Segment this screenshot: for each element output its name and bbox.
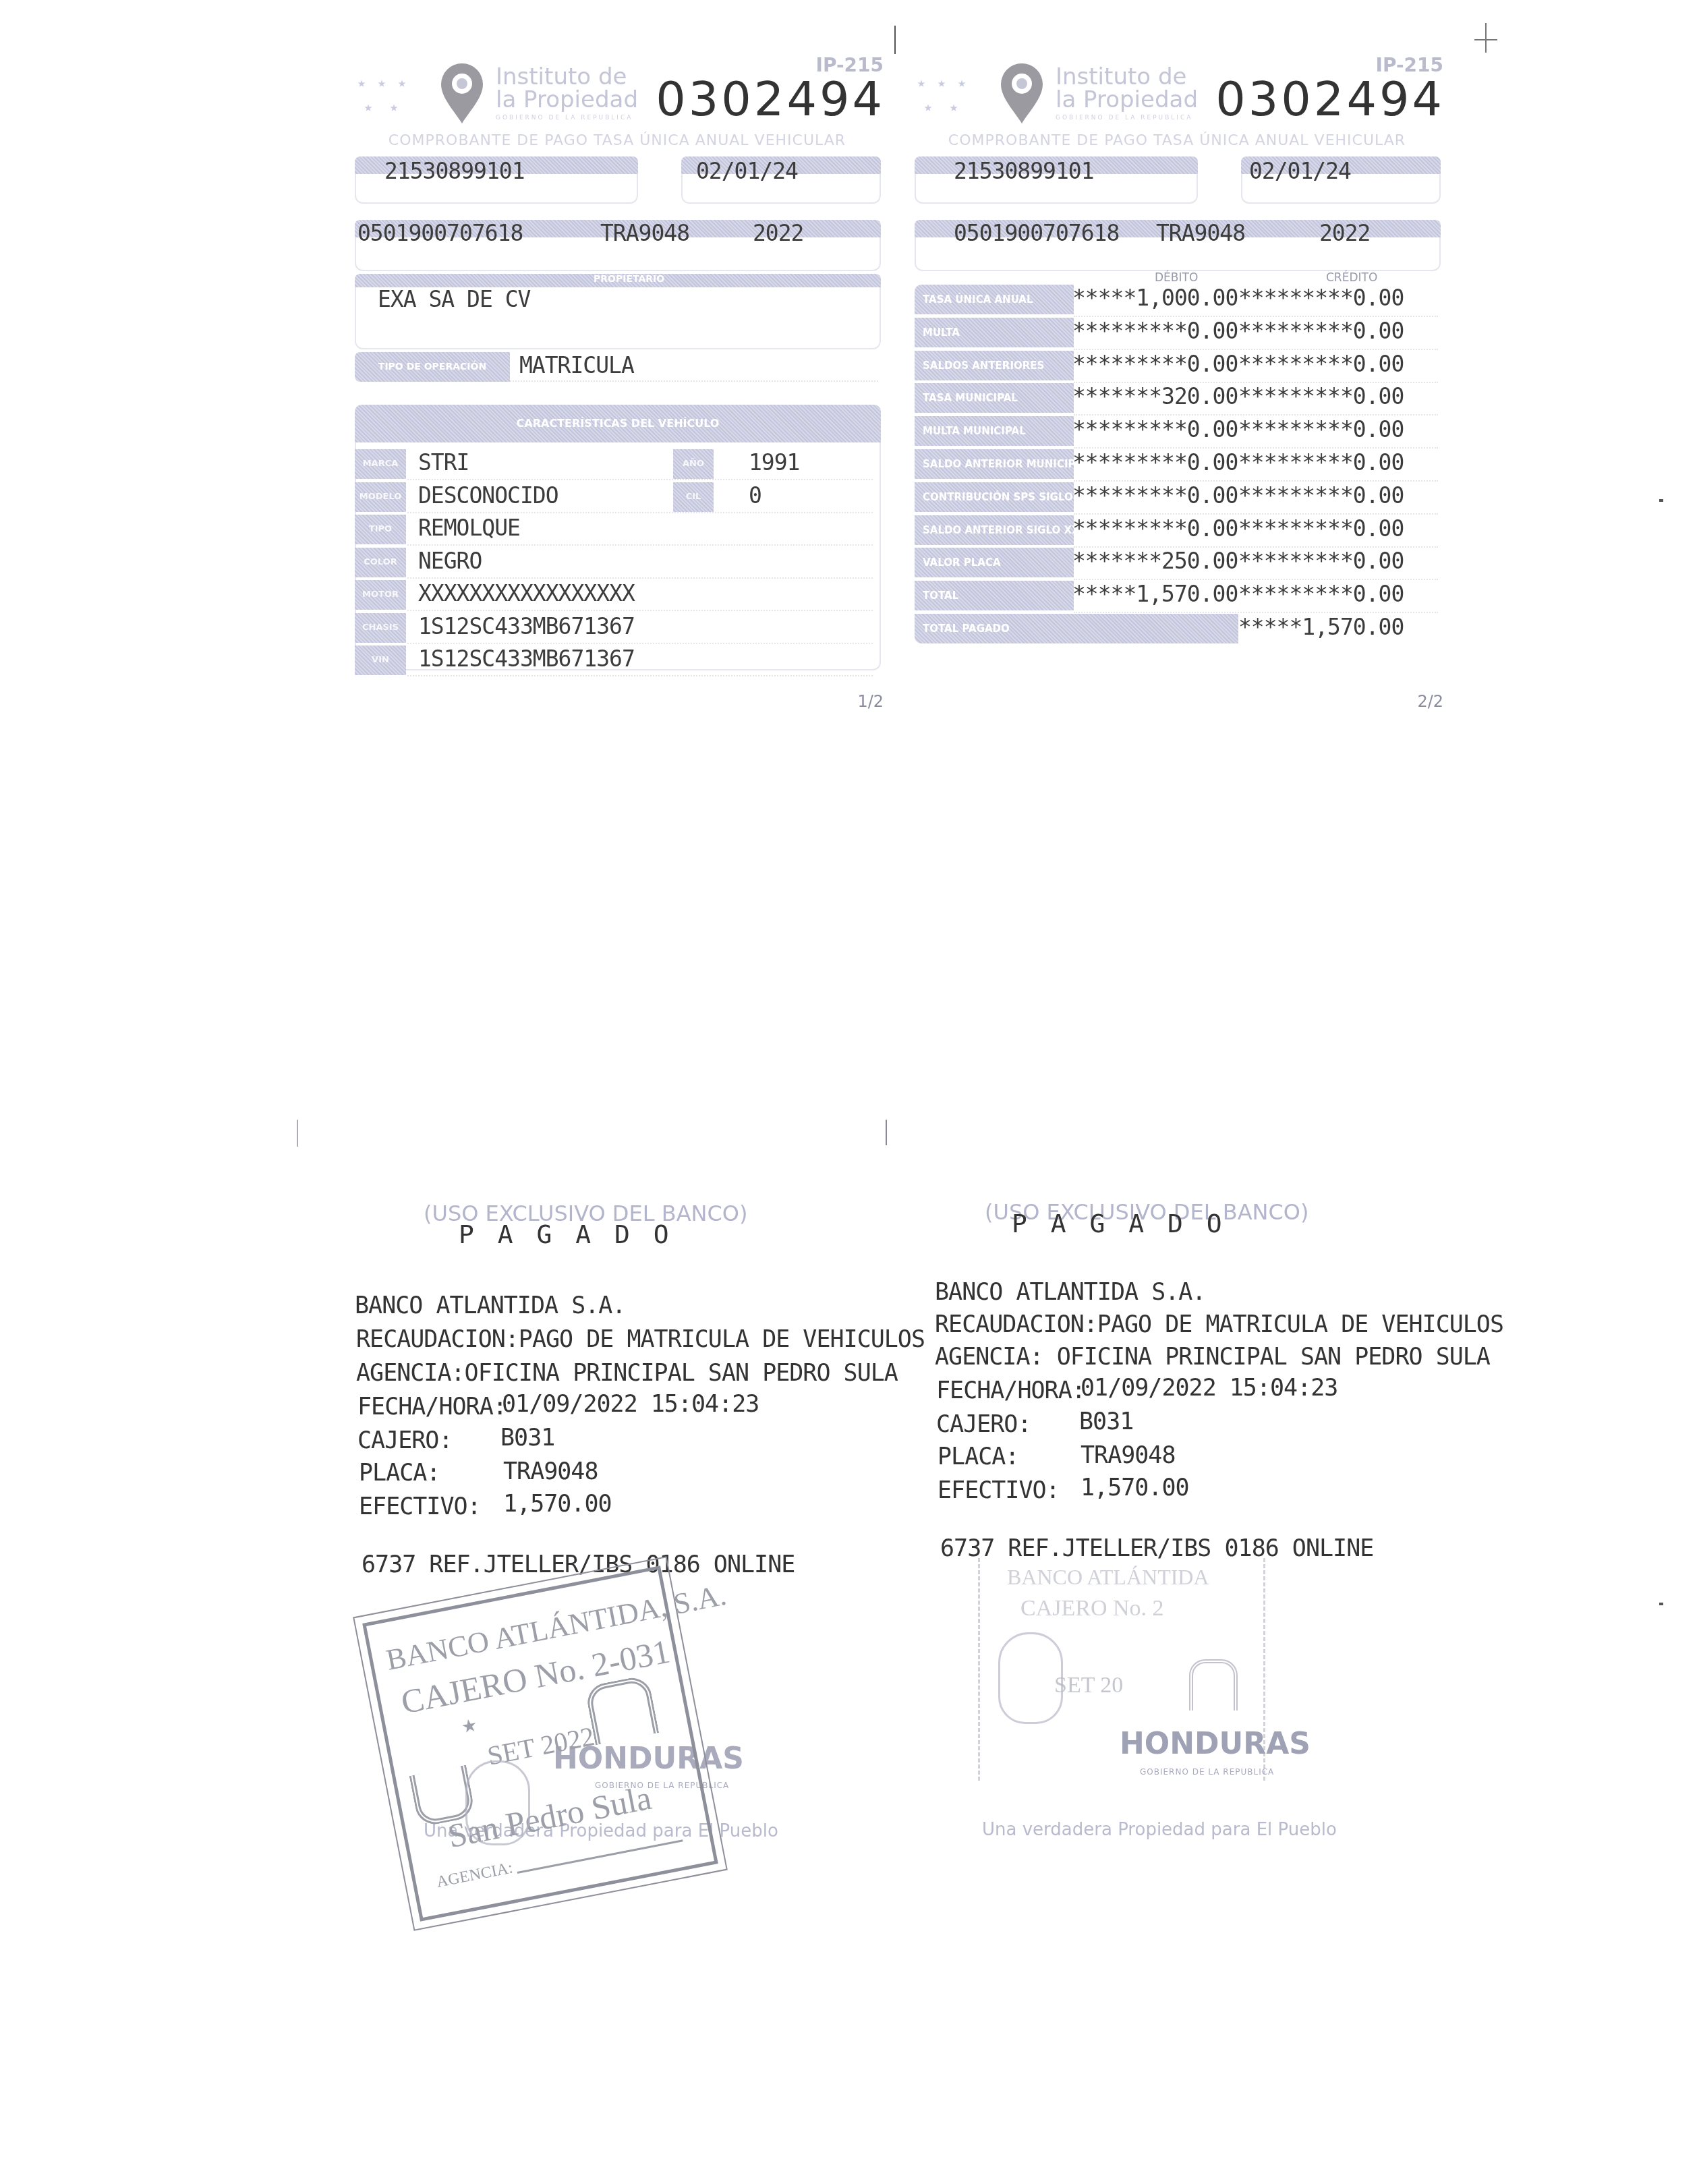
vehicle-field-value: 0 <box>749 482 761 509</box>
bank-receipt-1: (USO EXCLUSIVO DEL BANCO) P A G A D O BA… <box>351 1194 863 1936</box>
fee-label: MULTA MUNICIPAL <box>915 416 1074 446</box>
fee-debit: *********0.00 <box>1072 482 1233 509</box>
page-indicator: 1/2 <box>857 692 884 711</box>
vehicle-field-label: MARCA <box>355 449 406 479</box>
bank-name: BANCO ATLANTIDA S.A. <box>355 1292 625 1319</box>
vehicle-field-label: CIL <box>673 482 714 512</box>
fee-credit: *********0.00 <box>1238 515 1399 542</box>
fee-label: SALDO ANTERIOR MUNICIPAL <box>915 449 1074 479</box>
collection-type: RECAUDACION:PAGO DE MATRICULA DE VEHICUL… <box>356 1326 925 1353</box>
plate: TRA9048 <box>1081 1442 1176 1469</box>
fee-credit: *********0.00 <box>1238 416 1399 442</box>
coat-of-arms-icon <box>998 1632 1063 1724</box>
date-time: 01/09/2022 15:04:23 <box>502 1391 759 1418</box>
crop-mark <box>1659 1603 1663 1605</box>
fee-debit: *******320.00 <box>1072 383 1233 409</box>
vehicle-field-label: AÑO <box>673 449 714 479</box>
credit-header: CRÉDITO <box>1326 271 1377 285</box>
coat-of-arms-icon <box>465 1760 530 1845</box>
plate-label: PLACA: <box>938 1443 1018 1470</box>
collection-type: RECAUDACION:PAGO DE MATRICULA DE VEHICUL… <box>935 1311 1503 1338</box>
cash-amount: 1,570.00 <box>503 1491 612 1518</box>
fee-debit: *********0.00 <box>1072 515 1233 542</box>
stamp-bank: BANCO ATLÁNTIDA <box>1007 1565 1209 1590</box>
vehicle-field-label: MODELO <box>355 482 406 512</box>
row-divider <box>407 544 873 546</box>
account-number: 21530899101 <box>954 158 1094 184</box>
total-paid-amount: *****1,570.00 <box>1238 614 1399 640</box>
owner-label: PROPIETARIO <box>594 274 664 285</box>
date-time-label: FECHA/HORA: <box>357 1393 507 1420</box>
fee-debit: *********0.00 <box>1072 318 1233 344</box>
document-title: COMPROBANTE DE PAGO TASA ÚNICA ANUAL VEH… <box>351 132 884 149</box>
page-indicator: 2/2 <box>1417 692 1443 711</box>
vehicle-field-value: DESCONOCIDO <box>418 482 558 509</box>
crop-mark <box>886 1120 887 1145</box>
row-divider <box>407 512 873 513</box>
stars-icon: ★★ <box>364 98 415 116</box>
stars-icon: ★★★ <box>917 74 978 92</box>
fee-credit: *********0.00 <box>1238 581 1399 607</box>
row-divider <box>1074 480 1438 482</box>
operation-type: MATRICULA <box>519 352 634 378</box>
owner-name: EXA SA DE CV <box>378 286 530 312</box>
date-time-label: FECHA/HORA: <box>936 1377 1085 1404</box>
vehicle-field-value: XXXXXXXXXXXXXXXXX <box>418 580 635 606</box>
crop-mark <box>297 1120 298 1147</box>
receipt-page-2: ★★★ ★★ Instituto de la Propiedad GOBIERN… <box>911 47 1443 715</box>
fee-debit: *********0.00 <box>1072 449 1233 476</box>
fee-credit: *********0.00 <box>1238 351 1399 377</box>
receipt-number: 0302494 <box>1215 71 1445 127</box>
agency: AGENCIA:OFICINA PRINCIPAL SAN PEDRO SULA <box>356 1360 898 1387</box>
vehicle-field-label: COLOR <box>355 548 406 577</box>
transaction-reference: 6737 REF.JTELLER/IBS 0186 ONLINE <box>362 1551 795 1578</box>
fee-credit: *********0.00 <box>1238 318 1399 344</box>
payment-status: P A G A D O <box>1012 1209 1226 1238</box>
vehicle-field-value: STRI <box>418 449 469 476</box>
operation-label: TIPO DE OPERACIÓN <box>355 352 510 382</box>
bank-logo-icon <box>1189 1659 1238 1711</box>
stamp-signature-line <box>517 1839 683 1874</box>
location-pin-icon <box>438 61 486 125</box>
institution-subtitle: GOBIERNO DE LA REPUBLICA <box>496 115 633 121</box>
crop-mark <box>894 26 896 54</box>
row-divider <box>1074 349 1438 350</box>
vehicle-field-value: 1S12SC433MB671367 <box>418 645 635 672</box>
institution-logo: ★★★ ★★ Instituto de la Propiedad GOBIERN… <box>911 54 1214 135</box>
cashier-label: CAJERO: <box>357 1427 453 1454</box>
fee-debit: *****1,000.00 <box>1072 285 1233 311</box>
vehicle-field-label: CHASIS <box>355 613 406 643</box>
crop-mark <box>1659 499 1663 502</box>
stars-icon: ★★★ <box>357 74 418 92</box>
row-divider <box>1074 447 1438 449</box>
plate: TRA9048 <box>503 1458 598 1485</box>
crop-mark <box>1474 39 1497 40</box>
cashier: B031 <box>500 1425 554 1452</box>
issue-date: 02/01/24 <box>1249 158 1351 184</box>
fee-credit: *********0.00 <box>1238 383 1399 409</box>
id-number: 0501900707618 <box>357 220 523 246</box>
fee-label: MULTA <box>915 318 1074 347</box>
vehicle-field-label: TIPO <box>355 515 406 544</box>
cash-label: EFECTIVO: <box>938 1477 1060 1504</box>
vehicle-field-value: 1S12SC433MB671367 <box>418 613 635 639</box>
bank-name: BANCO ATLANTIDA S.A. <box>935 1279 1205 1306</box>
receipt-number: 0302494 <box>656 71 885 127</box>
issue-date: 02/01/24 <box>696 158 798 184</box>
cash-label: EFECTIVO: <box>359 1493 481 1520</box>
fee-label: TASA MUNICIPAL <box>915 383 1074 413</box>
agency: AGENCIA: OFICINA PRINCIPAL SAN PEDRO SUL… <box>935 1344 1490 1371</box>
vehicle-field-value: REMOLQUE <box>418 515 520 541</box>
row-divider <box>1074 612 1438 613</box>
fee-credit: *********0.00 <box>1238 449 1399 476</box>
row-divider <box>407 577 873 579</box>
institution-name-line2: la Propiedad <box>496 86 638 113</box>
account-number: 21530899101 <box>384 158 525 184</box>
institution-logo: ★★★ ★★ Instituto de la Propiedad GOBIERN… <box>351 54 654 135</box>
plate-number: TRA9048 <box>600 220 689 246</box>
row-divider <box>1074 414 1438 415</box>
total-paid-label: TOTAL PAGADO <box>915 614 1238 643</box>
id-number: 0501900707618 <box>954 220 1119 246</box>
stars-icon: ★★ <box>924 98 975 116</box>
fee-label: TASA ÚNICA ANUAL <box>915 285 1074 314</box>
fee-label: TOTAL <box>915 581 1074 610</box>
fee-label: VALOR PLACA <box>915 548 1074 577</box>
slogan: Una verdadera Propiedad para El Pueblo <box>982 1820 1337 1840</box>
vehicle-year: 2022 <box>1319 220 1370 246</box>
institution-subtitle: GOBIERNO DE LA REPUBLICA <box>1056 115 1192 121</box>
bank-logo-icon <box>584 1675 659 1746</box>
vehicle-year: 2022 <box>753 220 803 246</box>
date-time: 01/09/2022 15:04:23 <box>1081 1375 1337 1402</box>
fee-label: SALDOS ANTERIORES <box>915 351 1074 380</box>
fee-debit: *****1,570.00 <box>1072 581 1233 607</box>
institution-name-line2: la Propiedad <box>1056 86 1198 113</box>
row-divider <box>407 479 873 480</box>
fee-debit: *********0.00 <box>1072 416 1233 442</box>
crop-mark <box>1485 23 1487 53</box>
fee-credit: *********0.00 <box>1238 482 1399 509</box>
fee-label: CONTRIBUCIÓN SPS SIGLO XXI <box>915 482 1074 512</box>
government-label: GOBIERNO DE LA REPUBLICA <box>1140 1767 1274 1777</box>
cash-amount: 1,570.00 <box>1081 1474 1189 1501</box>
stamp-agency: AGENCIA: <box>435 1859 515 1891</box>
row-divider <box>1074 579 1438 580</box>
row-divider <box>1074 316 1438 317</box>
row-divider <box>407 610 873 611</box>
debit-header: DÉBITO <box>1155 271 1198 285</box>
star-icon: ★ <box>460 1715 480 1738</box>
vehicle-field-value: 1991 <box>749 449 799 476</box>
cashier: B031 <box>1079 1408 1133 1435</box>
row-divider <box>1074 546 1438 548</box>
plate-label: PLACA: <box>359 1460 440 1487</box>
row-divider <box>1074 513 1438 515</box>
bank-cashier-stamp: BANCO ATLÁNTIDA, S.A. CAJERO No. 2-031 S… <box>362 1565 718 1922</box>
fee-credit: *********0.00 <box>1238 285 1399 311</box>
operation-box <box>510 380 878 382</box>
payment-status: P A G A D O <box>459 1219 673 1249</box>
location-pin-icon <box>998 61 1045 125</box>
vehicle-field-label: MOTOR <box>355 580 406 610</box>
fee-debit: *******250.00 <box>1072 548 1233 574</box>
row-divider <box>1074 382 1438 383</box>
vehicle-field-label: VIN <box>355 645 406 675</box>
vehicle-header: CARACTERÍSTICAS DEL VEHÍCULO <box>355 417 881 430</box>
receipt-page-1: ★★★ ★★ Instituto de la Propiedad GOBIERN… <box>351 47 884 715</box>
bank-receipt-2: (USO EXCLUSIVO DEL BANCO) P A G A D O BA… <box>931 1194 1443 1936</box>
stamp-cashier: CAJERO No. 2 <box>1020 1596 1164 1621</box>
row-divider <box>407 643 873 644</box>
plate-number: TRA9048 <box>1156 220 1245 246</box>
document-title: COMPROBANTE DE PAGO TASA ÚNICA ANUAL VEH… <box>911 132 1443 149</box>
vehicle-field-value: NEGRO <box>418 548 482 574</box>
row-divider <box>407 675 873 677</box>
stamp-date: SET 20 <box>1054 1673 1123 1698</box>
country-name: HONDURAS <box>1120 1727 1311 1761</box>
cashier-label: CAJERO: <box>936 1411 1031 1438</box>
fee-debit: *********0.00 <box>1072 351 1233 377</box>
fee-credit: *********0.00 <box>1238 548 1399 574</box>
fee-label: SALDO ANTERIOR SIGLO XXI <box>915 515 1074 545</box>
